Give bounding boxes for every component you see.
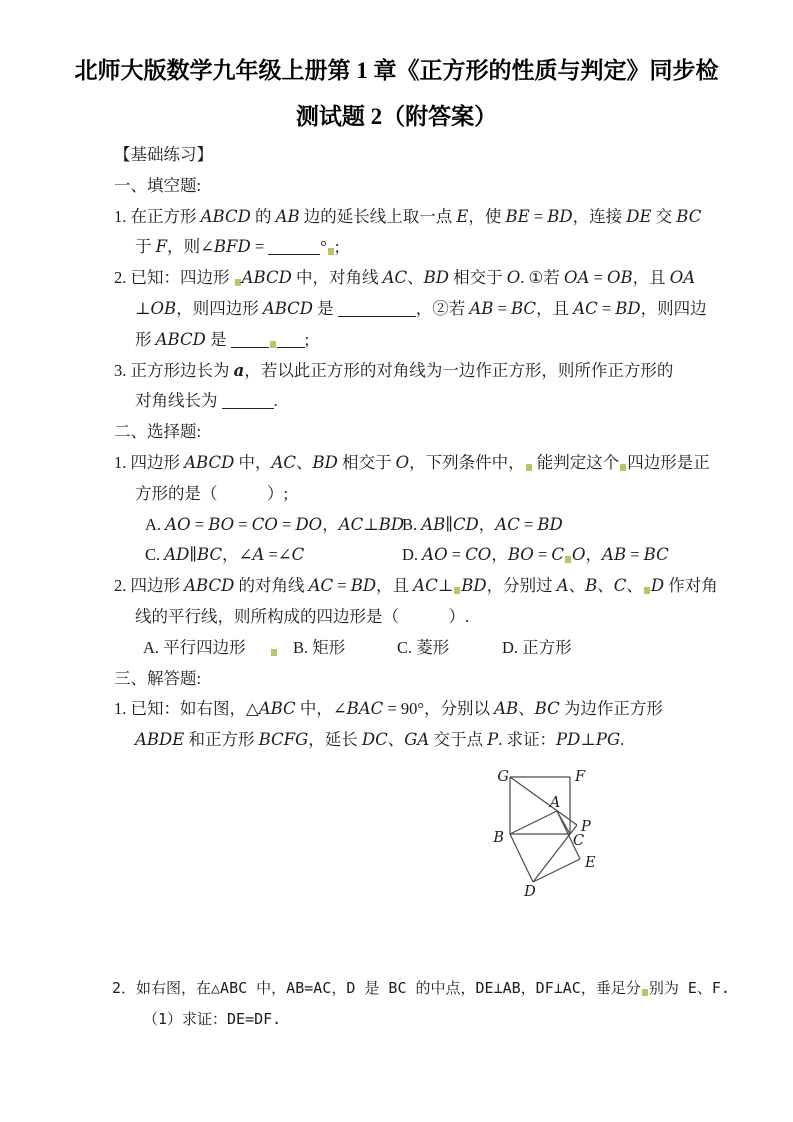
text: 交于点 (429, 730, 487, 749)
math-text: AC (383, 268, 408, 287)
text: 于 (135, 237, 156, 256)
section-solve-title: 三、解答题: (114, 664, 714, 695)
math-text: AC (495, 515, 520, 534)
text: 的 (251, 207, 276, 226)
math-text: BD (313, 453, 338, 472)
answer-blank (268, 240, 320, 255)
math-text: BD (351, 576, 376, 595)
text: = (520, 515, 538, 534)
choice1-line2: 方形的是（ ）; (114, 479, 714, 510)
math-text: PD (556, 730, 580, 749)
text: . ①若 (520, 268, 564, 287)
text: 、 (569, 576, 586, 595)
text: ，则四边形 (176, 299, 263, 318)
text: 中，∠ (296, 699, 347, 718)
math-text: BD (615, 299, 640, 318)
figure-point-label-D: D (523, 884, 536, 900)
math-text: BC (644, 545, 669, 564)
math-text: BFD (214, 237, 251, 256)
text: 线的平行线，则所构成的四边形是（ ）. (135, 607, 469, 626)
math-text: CO (252, 515, 278, 534)
text: = (234, 515, 252, 534)
figure-point-label-G: G (497, 769, 509, 785)
choice2-options-row-col: A. 平行四边形 (143, 633, 246, 664)
text: D. (402, 545, 422, 564)
text: 2．如右图，在△ABC 中，AB=AC，D 是 BC 的中点，DE⊥AB，DF⊥… (112, 979, 641, 997)
math-text: AC (309, 576, 334, 595)
figure-point-label-C: C (573, 833, 584, 849)
document-title: 北师大版数学九年级上册第 1 章《正方形的性质与判定》同步检 测试题 2（附答案… (0, 48, 793, 140)
text: ，分别过 (487, 576, 557, 595)
choice1-options-row2-col: D. AO = CO，BO = CO，AB = BC (402, 540, 669, 571)
math-text: BD (537, 515, 562, 534)
math-text: AB (276, 207, 300, 226)
text: ; (335, 237, 340, 256)
math-text: BC (511, 299, 536, 318)
squares-construction-diagram: GFAPBCED (478, 752, 626, 910)
text: = (448, 545, 466, 564)
highlight-mark (620, 464, 626, 471)
highlight-mark (565, 556, 571, 563)
text: ; (305, 330, 310, 349)
text: 能判定这个 (533, 453, 620, 472)
math-text: BE (506, 207, 530, 226)
text: 中，对角线 (292, 268, 383, 287)
text: 三、解答题: (114, 669, 201, 688)
choice2-line2: 线的平行线，则所构成的四边形是（ ）. (114, 602, 714, 633)
text: ⊥ (580, 730, 596, 749)
text: 、 (597, 576, 614, 595)
answer-blank (231, 333, 269, 348)
text: 、 (407, 268, 424, 287)
section-fill-in-title: 一、填空题: (114, 171, 714, 202)
math-text: O (507, 268, 521, 287)
text: ， (586, 545, 603, 564)
worksheet-body-bottom: 2．如右图，在△ABC 中，AB=AC，D 是 BC 的中点，DE⊥AB，DF⊥… (112, 973, 752, 1035)
text: 交 (652, 207, 677, 226)
choice2-options-row-col: D. 正方形 (502, 633, 572, 664)
math-text: BD (461, 576, 486, 595)
text: . (274, 391, 278, 410)
math-text: DE (626, 207, 651, 226)
choice2-line1: 2. 四边形 ABCD 的对角线 AC = BD，且 AC⊥BD，分别过 A、B… (114, 571, 714, 602)
math-text: ABCD (263, 299, 313, 318)
text: 1. 四边形 (114, 453, 184, 472)
math-text: AC (573, 299, 598, 318)
text: 边的延长线上取一点 (300, 207, 457, 226)
math-text: GA (404, 730, 429, 749)
choice1-options-row1-col: A. AO = BO = CO = DO，AC⊥BD (145, 510, 404, 541)
math-text: A (557, 576, 569, 595)
text: ⊥ (363, 515, 379, 534)
text: ， (479, 515, 496, 534)
text: ，连接 (573, 207, 627, 226)
math-text: C (292, 545, 305, 564)
fill1-line2: 于 F，则∠BFD = °; (114, 232, 714, 263)
math-text: PG (596, 730, 620, 749)
fill3-line2: 对角线长为 . (114, 386, 714, 417)
text: . 求证： (498, 730, 556, 749)
text: 一、填空题: (114, 176, 201, 195)
math-text: BAC (347, 699, 384, 718)
text: = (626, 545, 644, 564)
choice2-options-row: A. 平行四边形B. 矩形C. 菱形D. 正方形 (114, 633, 714, 664)
fill3-line1: 3. 正方形边长为 a，若以此正方形的对角线为一边作正方形，则所作正方形的 (114, 356, 714, 387)
highlight-mark (642, 989, 648, 996)
fill2-line2: ⊥OB，则四边形 ABCD 是 ，②若 AB = BC，且 AC = BD，则四… (114, 294, 714, 325)
document-title-line2: 测试题 2（附答案） (0, 94, 793, 140)
choice1-options-row1: A. AO = BO = CO = DO，AC⊥BDB. AB∥CD，AC = … (114, 510, 714, 541)
text: ∥ (189, 545, 197, 564)
section-choice-title: 二、选择题: (114, 417, 714, 448)
text: 3. 正方形边长为 (114, 361, 234, 380)
math-text: CD (453, 515, 479, 534)
section-basic-practice: 【基础练习】 (114, 140, 714, 171)
math-text: O (396, 453, 410, 472)
math-text: AB (421, 515, 445, 534)
text: 是 (313, 299, 338, 318)
text: = (530, 207, 548, 226)
math-text: ABCD (201, 207, 251, 226)
text: 中， (234, 453, 271, 472)
text: 别为 E、F. (649, 979, 730, 997)
math-text: C (551, 545, 564, 564)
choice2-options-row-col: C. 菱形 (397, 633, 449, 664)
math-text: AC (413, 576, 438, 595)
text: 、 (296, 453, 313, 472)
text: = (534, 545, 552, 564)
text: = 90°，分别以 (383, 699, 494, 718)
highlight-mark (270, 341, 276, 348)
math-text: BC (535, 699, 560, 718)
highlight-mark (235, 279, 241, 286)
figure-point-label-B: B (492, 830, 504, 846)
text: ° (320, 237, 327, 256)
highlight-mark (328, 248, 334, 255)
figure-point-label-E: E (584, 855, 596, 871)
text: ，若以此正方形的对角线为一边作正方形，则所作正方形的 (244, 361, 673, 380)
text: D. 正方形 (502, 638, 572, 657)
text: 对角线长为 (135, 391, 222, 410)
math-text: ABCD (184, 576, 234, 595)
worksheet-page: 北师大版数学九年级上册第 1 章《正方形的性质与判定》同步检 测试题 2（附答案… (0, 0, 793, 1122)
math-text: ABCD (184, 453, 234, 472)
math-text: E (456, 207, 468, 226)
text: ⊥ (135, 299, 151, 318)
solve2-line1: 2．如右图，在△ABC 中，AB=AC，D 是 BC 的中点，DE⊥AB，DF⊥… (112, 973, 752, 1004)
highlight-mark (454, 587, 460, 594)
choice1-options-row1-col: B. AB∥CD，AC = BD (402, 510, 563, 541)
text: 2. 四边形 (114, 576, 184, 595)
math-text: OA (564, 268, 589, 287)
text: = (598, 299, 616, 318)
figure-point-label-F: F (574, 769, 586, 785)
text: B. 矩形 (293, 638, 345, 657)
text: A. (145, 515, 165, 534)
text: 的对角线 (234, 576, 308, 595)
math-text: OA (670, 268, 695, 287)
math-text: BD (379, 515, 404, 534)
math-text: O (572, 545, 586, 564)
math-text: D (651, 576, 664, 595)
solve2-line2: （1）求证：DE=DF. (112, 1004, 752, 1035)
math-text: BCFG (259, 730, 309, 749)
text: 方形的是（ ）; (135, 484, 288, 503)
text: 2. 已知：四边形 (114, 268, 234, 287)
text: ，下列条件中， (409, 453, 525, 472)
text: 【基础练习】 (114, 145, 213, 164)
math-text: AB (469, 299, 493, 318)
math-text: OB (151, 299, 177, 318)
text: （1）求证：DE=DF. (143, 1010, 281, 1028)
choice2-options-row-col: B. 矩形 (293, 633, 345, 664)
text: 、 (388, 730, 405, 749)
text: A. 平行四边形 (143, 638, 246, 657)
math-text: F (156, 237, 167, 256)
figure-segment-AC (557, 811, 570, 834)
text: ⊥ (438, 576, 454, 595)
choice1-line1: 1. 四边形 ABCD 中，AC、BD 相交于 O，下列条件中， 能判定这个四边… (114, 448, 714, 479)
highlight-mark (526, 464, 532, 471)
math-text: A (252, 545, 264, 564)
text: 作对角 (664, 576, 718, 595)
math-text: AO (422, 545, 447, 564)
math-text: ABC (259, 699, 296, 718)
text: = (191, 515, 209, 534)
text: 为边作正方形 (560, 699, 663, 718)
text: ，②若 (416, 299, 470, 318)
answer-blank (277, 333, 305, 348)
math-text: a (234, 361, 245, 380)
text: ， (322, 515, 339, 534)
math-text: AC (339, 515, 364, 534)
text: ，∠ (222, 545, 252, 564)
math-text: AO (165, 515, 190, 534)
text: ，且 (633, 268, 670, 287)
figure-segment-BD (510, 834, 533, 882)
text: ∥ (445, 515, 453, 534)
text: ， (491, 545, 508, 564)
math-text: ABCD (156, 330, 206, 349)
choice1-options-row2: C. AD∥BC，∠A =∠CD. AO = CO，BO = CO，AB = B… (114, 540, 714, 571)
math-text: AC (271, 453, 296, 472)
math-text: BC (197, 545, 222, 564)
text: 、 (518, 699, 535, 718)
math-text: B (585, 576, 597, 595)
text: 1. 在正方形 (114, 207, 201, 226)
math-text: C (614, 576, 627, 595)
text: 是 (206, 330, 231, 349)
answer-blank (338, 302, 416, 317)
text: . (620, 730, 624, 749)
math-text: AB (602, 545, 626, 564)
math-text: AB (494, 699, 518, 718)
text: C. (145, 545, 164, 564)
text: = (278, 515, 296, 534)
text: B. (402, 515, 421, 534)
math-text: BC (676, 207, 701, 226)
text: ，使 (468, 207, 505, 226)
text: ，且 (376, 576, 413, 595)
figure-point-label-A: A (548, 795, 560, 811)
math-text: AD (164, 545, 189, 564)
math-text: BO (208, 515, 234, 534)
text: =∠ (264, 545, 291, 564)
text: 二、选择题: (114, 422, 201, 441)
text: ，延长 (308, 730, 362, 749)
text: 相交于 (449, 268, 507, 287)
fill2-line3: 形 ABCD 是 ; (114, 325, 714, 356)
math-text: DO (295, 515, 322, 534)
document-title-line1: 北师大版数学九年级上册第 1 章《正方形的性质与判定》同步检 (0, 48, 793, 94)
text: ，则∠ (167, 237, 214, 256)
math-text: DC (362, 730, 388, 749)
math-text: BD (547, 207, 572, 226)
text: = (251, 237, 269, 256)
choice1-options-row2-col: C. AD∥BC，∠A =∠C (145, 540, 304, 571)
answer-blank (222, 394, 274, 409)
highlight-mark (644, 587, 650, 594)
math-text: OB (607, 268, 633, 287)
math-text: ABDE (135, 730, 184, 749)
highlight-mark (271, 649, 277, 656)
text: ，则四边 (641, 299, 707, 318)
fill2-line1: 2. 已知：四边形 ABCD 中，对角线 AC、BD 相交于 O. ①若 OA … (114, 263, 714, 294)
text: 和正方形 (184, 730, 258, 749)
choice2-options-row-col (270, 633, 278, 664)
text: 1. 已知：如右图，△ (114, 699, 259, 718)
fill1-line1: 1. 在正方形 ABCD 的 AB 边的延长线上取一点 E，使 BE = BD，… (114, 202, 714, 233)
geometry-figure: GFAPBCED (478, 752, 626, 915)
math-text: BO (508, 545, 534, 564)
text: 四边形是正 (627, 453, 710, 472)
text: = (493, 299, 511, 318)
math-text: P (487, 730, 498, 749)
text: 、 (626, 576, 643, 595)
text: = (589, 268, 607, 287)
text: ，且 (536, 299, 573, 318)
worksheet-body: 【基础练习】一、填空题:1. 在正方形 ABCD 的 AB 边的延长线上取一点 … (114, 140, 714, 756)
math-text: CO (465, 545, 491, 564)
text: = (333, 576, 351, 595)
text: 相交于 (338, 453, 396, 472)
text: C. 菱形 (397, 638, 449, 657)
text: 形 (135, 330, 156, 349)
figure-segment-DE (533, 859, 580, 882)
math-text: BD (424, 268, 449, 287)
figure-segment-AB (510, 811, 557, 834)
math-text: ABCD (242, 268, 292, 287)
solve1-line1: 1. 已知：如右图，△ABC 中，∠BAC = 90°，分别以 AB、BC 为边… (114, 694, 714, 725)
